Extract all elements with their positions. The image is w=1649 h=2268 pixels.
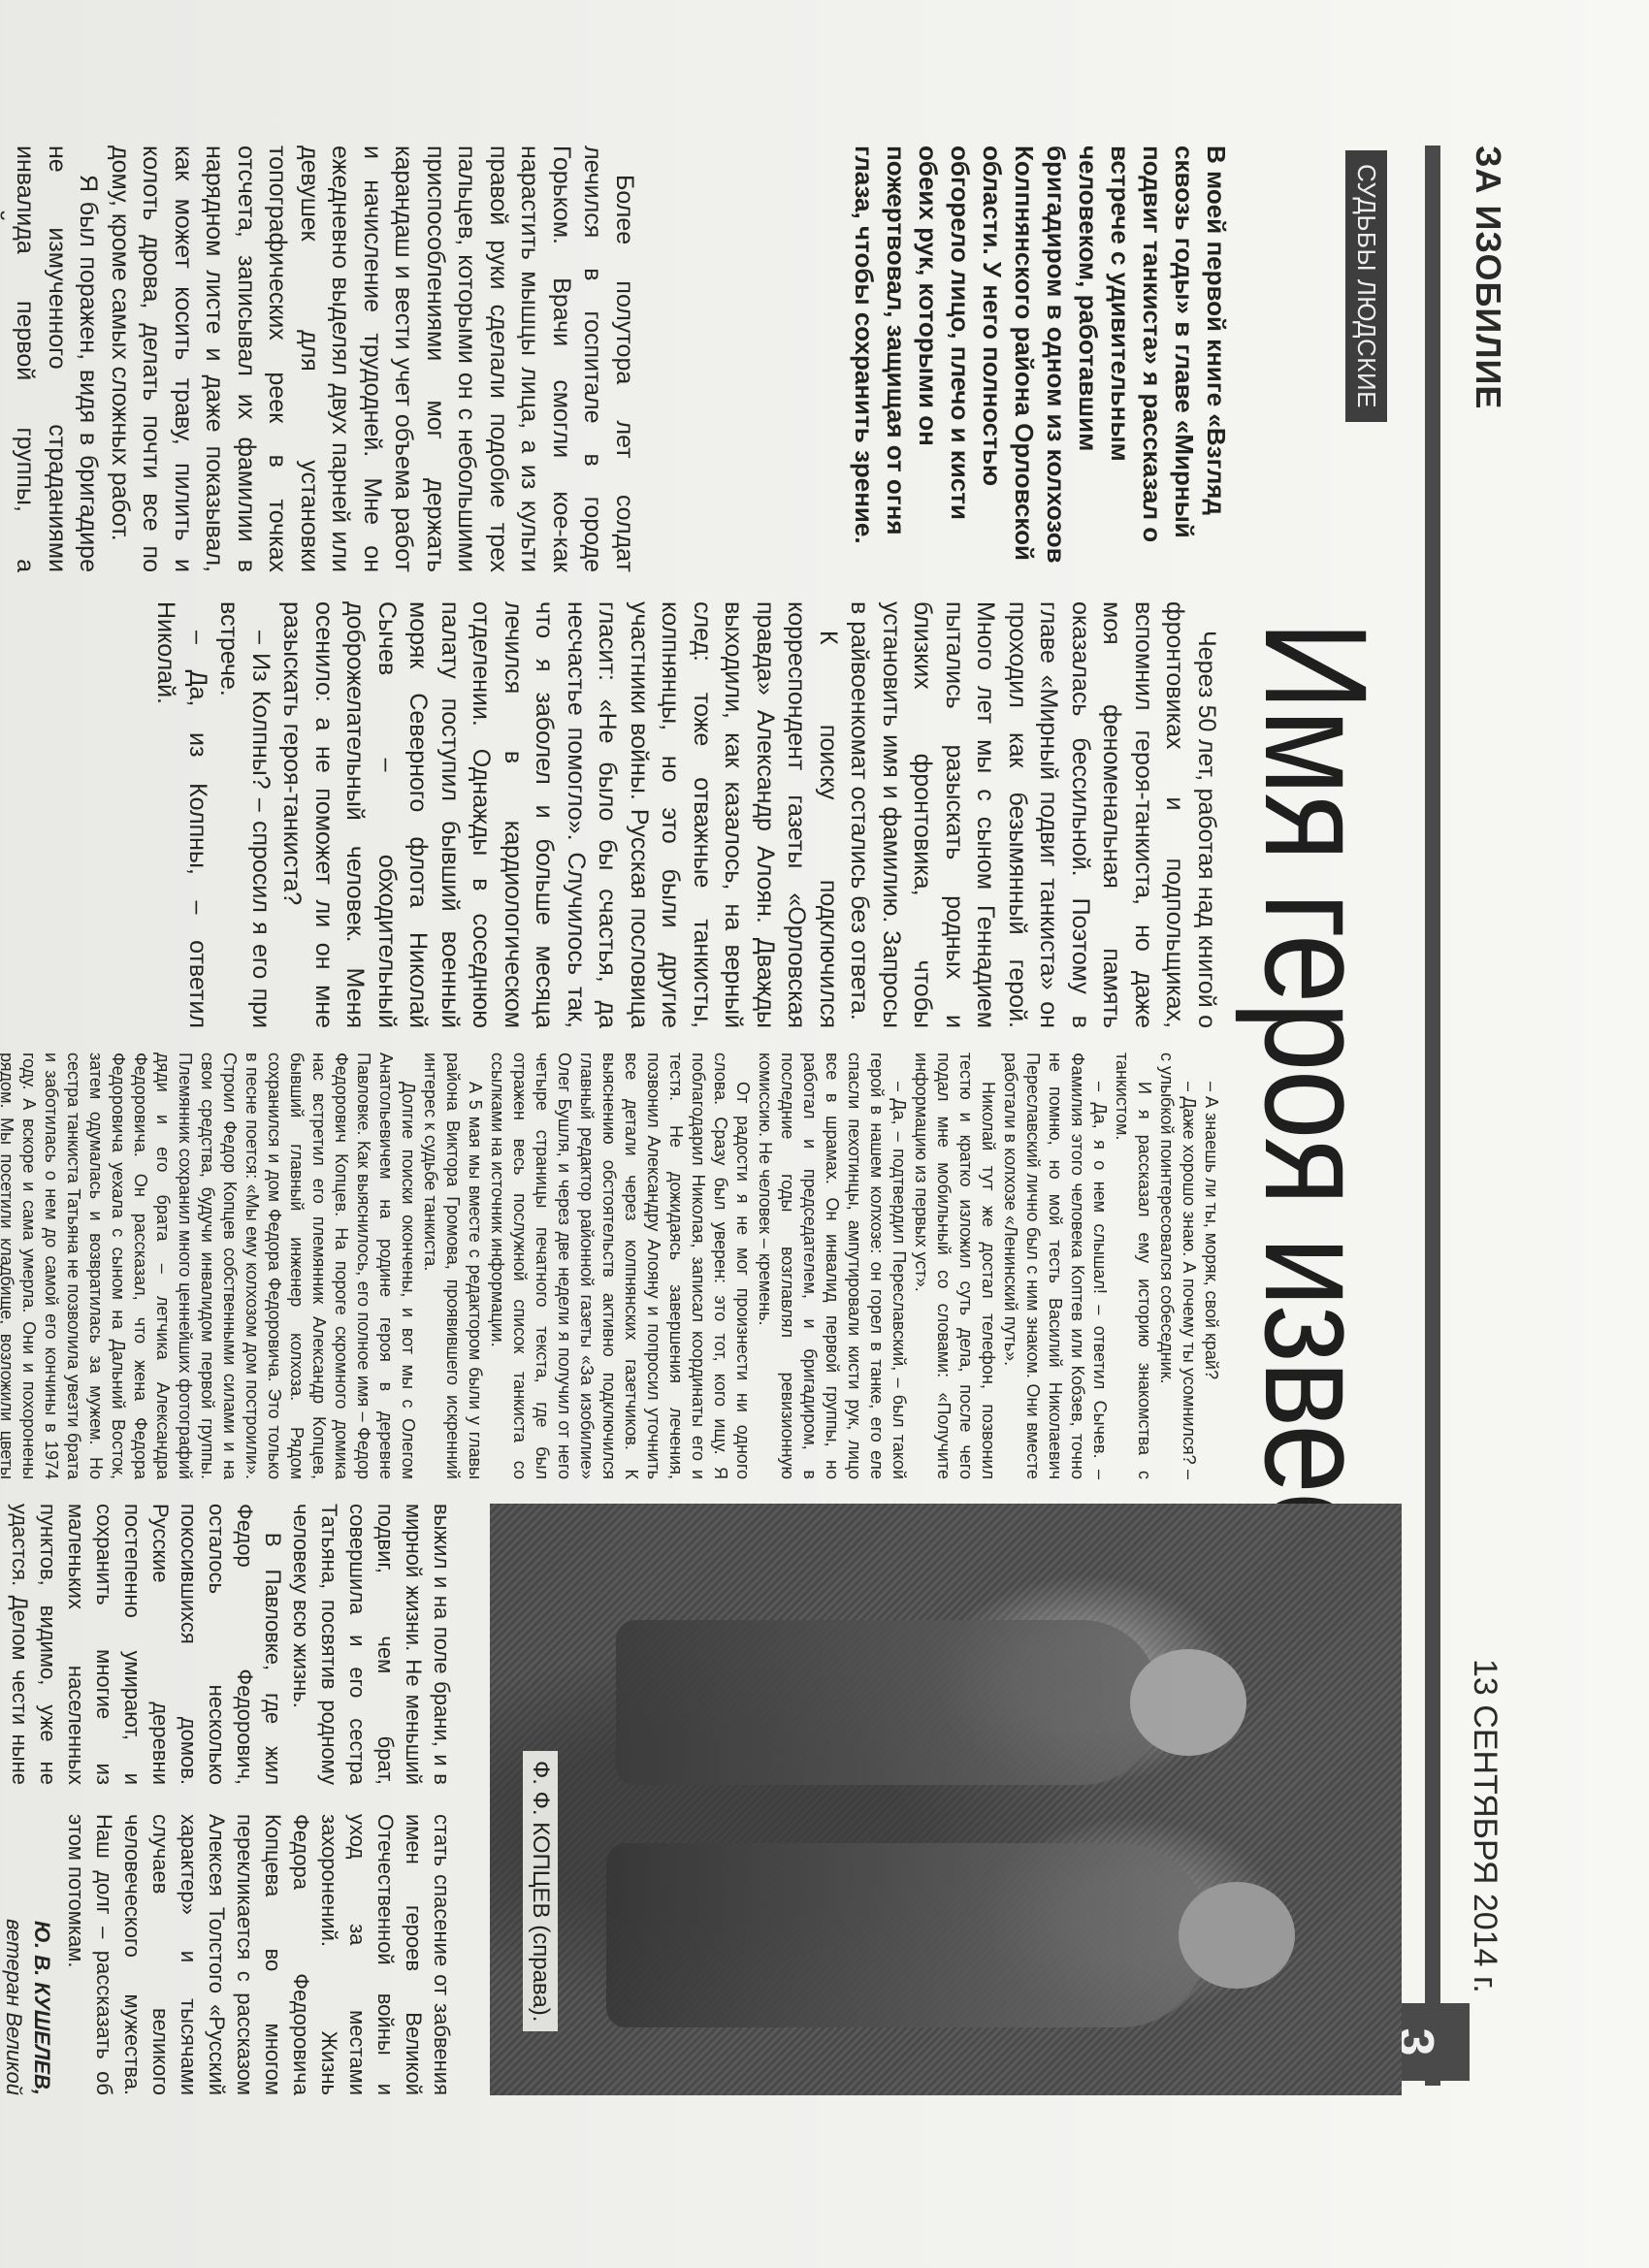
text-column-3: – А знаешь ли ты, моряк, свой край? – Да…	[0, 1053, 1222, 1479]
issue-date: 13 СЕНТЯБРЯ 2014 г.	[1466, 1659, 1503, 1993]
newspaper-rubric: ЗА ИЗОБИЛИЕ	[1468, 146, 1508, 409]
paragraph: – Да, из Колпны, – ответил Николай.	[150, 601, 213, 1028]
paragraph: Через 50 лет, работая над книгой о фронт…	[844, 601, 1222, 1028]
paragraph: К поиску подключился корреспондент газет…	[276, 601, 844, 1028]
paragraph: – А знаешь ли ты, моряк, свой край?	[1200, 1053, 1222, 1479]
paragraph: стать спасение от забвения имен героев В…	[62, 1814, 456, 2095]
text-column-2: Через 50 лет, работая над книгой о фронт…	[150, 601, 1222, 1028]
text-column-5: стать спасение от забвения имен героев В…	[0, 1814, 456, 2095]
author-name: Ю. В. КУШЕЛЕВ,	[28, 1814, 56, 2095]
header-rule	[1425, 146, 1440, 2086]
paragraph: – Да, я о нем слышал! – ответил Сычев. –…	[999, 1053, 1111, 1479]
paragraph: – Из Колпны? – спросил я его при встрече…	[213, 601, 276, 1028]
photo-person-right-head	[1179, 1882, 1295, 1989]
article-photo	[490, 1504, 1402, 2095]
photo-person-left	[616, 1620, 1159, 1785]
paragraph: Я был поражен, видя в бригадире не измуч…	[0, 146, 105, 572]
text-column-1: Более полутора лет солдат лечился в госп…	[0, 146, 640, 572]
photo-person-right	[606, 1843, 1208, 2027]
newspaper-page: ЗА ИЗОБИЛИЕ 13 СЕНТЯБРЯ 2014 г. 3 СУДЬБЫ…	[0, 0, 1649, 2268]
paragraph: выжил и на поле брани, и в мирной жизни.…	[287, 1504, 456, 1785]
text-column-4: выжил и на поле брани, и в мирной жизни.…	[0, 1504, 456, 1785]
paragraph: Более полутора лет солдат лечился в госп…	[105, 146, 641, 572]
article-lead: В моей первой книге «Взгляд сквозь годы»…	[848, 146, 1232, 572]
section-tag: СУДЬБЫ ЛЮДСКИЕ	[1345, 150, 1387, 422]
paragraph: Долгие поиски окончены, и вот мы с Олего…	[0, 1053, 419, 1479]
paragraph: – Да, – подтвердил Переславский, – был т…	[754, 1053, 910, 1479]
photo-caption: Ф. Ф. КОПЦЕВ (справа).	[523, 1751, 558, 2031]
paragraph: – Даже хорошо знаю. А почему ты усомнилс…	[1155, 1053, 1200, 1479]
paragraph: От радости я не мог произнести ни одного…	[486, 1053, 754, 1479]
paragraph: В Павловке, где жил Федор Федорович, ост…	[0, 1504, 287, 1785]
photo-person-left-head	[1130, 1649, 1246, 1756]
paragraph: И я рассказал ему историю знакомства с т…	[1111, 1053, 1155, 1479]
author-title-line-1: ветеран Великой	[0, 1814, 28, 2095]
paragraph: Николай тут же достал телефон, позвонил …	[910, 1053, 999, 1479]
paragraph: А 5 мая мы вместе с редактором были у гл…	[419, 1053, 486, 1479]
author-signature: Ю. В. КУШЕЛЕВ, ветеран Великой Отечестве…	[0, 1814, 56, 2095]
